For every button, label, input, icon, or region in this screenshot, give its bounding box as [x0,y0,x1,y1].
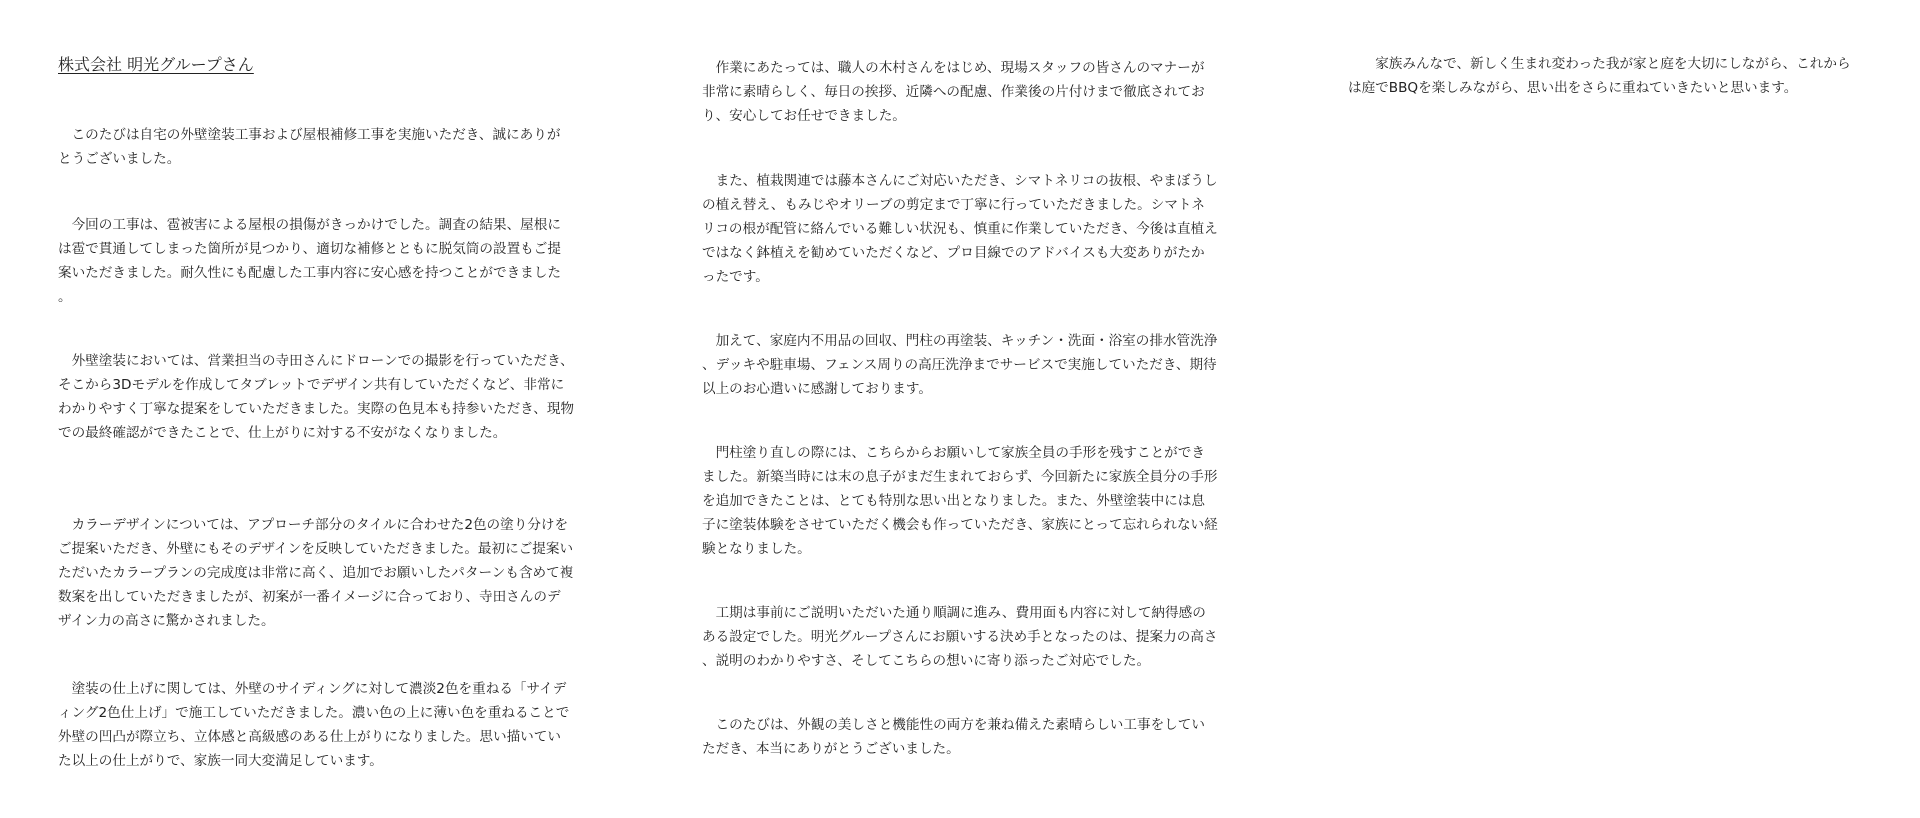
paragraph-color-design: カラーデザインについては、アプローチ部分のタイルに合わせた2色の塗り分けをご提案… [58,513,574,633]
paragraph-extra-services: 加えて、家庭内不用品の回収、門柱の再塗装、キッチン・洗面・浴室の排水管洗浄、デッ… [702,329,1218,401]
paragraph-schedule-cost: 工期は事前にご説明いただいた通り順調に進み、費用面も内容に対して納得感のある設定… [702,601,1218,673]
paragraph-finish: 塗装の仕上げに関しては、外壁のサイディングに対して濃淡2色を重ねる「サイディング… [58,677,574,773]
paragraph-family-future: 家族みんなで、新しく生まれ変わった我が家と庭を大切にしながら、これからは庭でBB… [1348,52,1864,100]
addressee-heading: 株式会社 明光グループさん [58,54,254,76]
paragraph-landscaping: また、植栽関連では藤本さんにご対応いただき、シマトネリコの抜根、やまぼうしの植え… [702,169,1218,289]
paragraph-handprints: 門柱塗り直しの際には、こちらからお願いして家族全員の手形を残すことができました。… [702,441,1218,561]
paragraph-thanks-intro: このたびは自宅の外壁塗装工事および屋根補修工事を実施いただき、誠にありがとうござ… [58,123,574,171]
paragraph-roof-damage: 今回の工事は、雹被害による屋根の損傷がきっかけでした。調査の結果、屋根には雹で貫… [58,213,574,309]
paragraph-staff-manners: 作業にあたっては、職人の木村さんをはじめ、現場スタッフの皆さんのマナーが非常に素… [702,56,1218,128]
paragraph-closing-thanks: このたびは、外観の美しさと機能性の両方を兼ね備えた素晴らしい工事をしていただき、… [702,713,1218,761]
paragraph-drone-proposal: 外壁塗装においては、営業担当の寺田さんにドローンでの撮影を行っていただき、そこか… [58,349,574,445]
